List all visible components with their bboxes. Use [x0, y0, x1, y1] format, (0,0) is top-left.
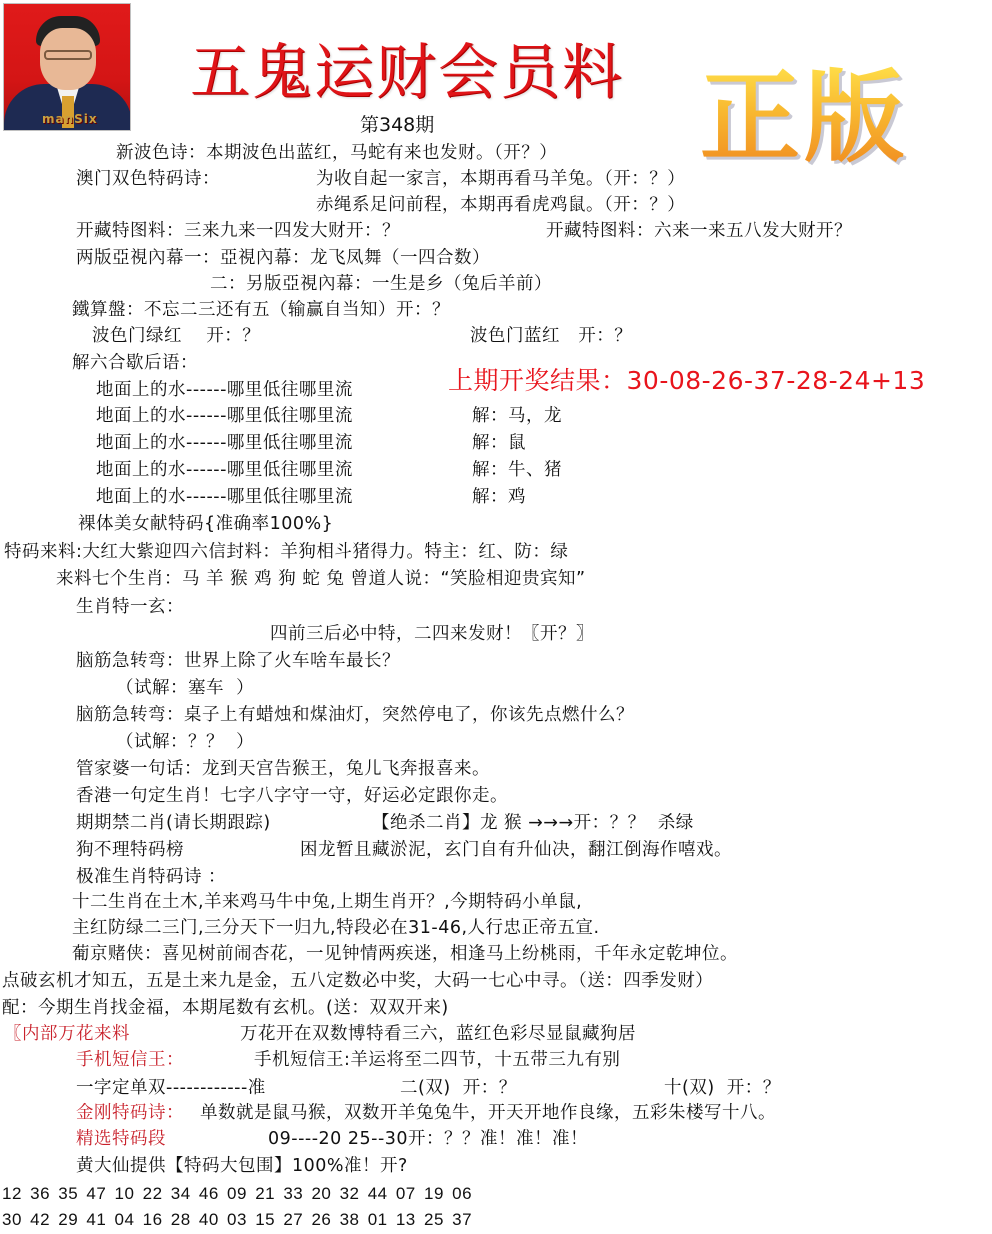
accurate-poem-line2: 主红防绿二三门,三分天下一归九,特段必在31-46,人行忠正帝五宣. — [72, 916, 600, 940]
hidden-chart-right: 开藏特图料：六来一来五八发大财开？ — [546, 219, 852, 243]
portrait-photo: manSix — [3, 3, 131, 131]
last-draw-result: 上期开奖结果：30-08-26-37-28-24+13 — [448, 366, 925, 396]
pairing-line: 配：今期生肖找金福，本期尾数有玄机。(送：双双开来) — [2, 996, 449, 1020]
iron-abacus: 鐵算盤：不忘二三还有五（输赢自当知）开：？ — [72, 298, 450, 322]
wave-gate-green-red: 波色门绿红 开：？ — [92, 324, 260, 348]
brain-teaser-one: 脑筋急转弯：世界上除了火车啥车最长？ — [76, 649, 400, 673]
brain-teaser-two: 脑筋急转弯：桌子上有蜡烛和煤油灯，突然停电了，你该先点燃什么？ — [76, 703, 634, 727]
last-draw-numbers: 30-08-26-37-28-24+13 — [627, 366, 926, 395]
riddle-answer: 解：鸡 — [472, 485, 526, 509]
odd-even-label: 一字定单双------------准 — [76, 1076, 266, 1100]
wave-gate-blue-red: 波色门蓝红 开：？ — [470, 324, 632, 348]
banned-two-zodiacs: 期期禁二肖(请长期跟踪) — [76, 811, 271, 835]
macau-poem-line1: 为收自起一家言，本期再看马羊兔。（开：？） — [316, 167, 685, 191]
atv-insider-two: 二：另版亞視內幕：一生是乡（兔后羊前） — [210, 272, 552, 296]
macau-poem-label: 澳门双色特码诗： — [76, 167, 220, 191]
diamond-poem-text: 单数就是鼠马猴，双数开羊兔兔牛，开天开地作良缘，五彩朱楼写十八。 — [200, 1101, 776, 1125]
accuracy-special-code: 裸体美女献特码{准确率100%} — [78, 512, 333, 536]
zodiac-mystery-label: 生肖特一玄： — [76, 595, 184, 619]
internal-flowers-label: 〖内部万花来料 — [4, 1022, 130, 1046]
riddle-question: 地面上的水------哪里低往哪里流 — [96, 431, 353, 455]
casino-knight-poem: 葡京赌侠：喜见树前闹杏花，一见钟情两疾迷，相逢马上纷桃雨，千年永定乾坤位。 — [72, 942, 738, 966]
housekeeper-saying: 管家婆一句话：龙到天宫告猴王，兔儿飞奔报喜来。 — [76, 757, 490, 781]
riddle-answer: 解：鼠 — [472, 431, 526, 455]
riddle-question: 地面上的水------哪里低往哪里流 — [96, 378, 353, 402]
hongkong-zodiac-saying: 香港一句定生肖！七字八字守一守，好运必定跟你走。 — [76, 784, 508, 808]
seven-zodiacs: 来料七个生肖：马 羊 猴 鸡 狗 蛇 兔 曾道人说：“笑脸相迎贵宾知” — [56, 567, 586, 591]
brain-teaser-one-answer: （试解：塞车 ） — [116, 676, 254, 700]
accurate-poem-title: 极准生肖特码诗 ： — [76, 865, 226, 889]
zodiac-mystery-text: 四前三后必中特，二四来发财！〖开？〗 — [270, 622, 594, 646]
riddle-section-title: 解六合歇后语： — [72, 351, 198, 375]
last-draw-label: 上期开奖结果： — [448, 366, 627, 395]
hidden-chart-left: 开藏特图料：三来九来一四发大财开：？ — [76, 219, 400, 243]
issue-number: 第348期 — [360, 113, 434, 137]
odd-even-ten: 十(双) 开：？ — [664, 1076, 781, 1100]
page-title: 五鬼运财会员料 — [190, 38, 624, 108]
internal-flowers-text: 万花开在双数博特看三六，蓝红色彩尽显鼠藏狗居 — [240, 1022, 636, 1046]
accurate-poem-line1: 十二生肖在土木,羊来鸡马牛中兔,上期生肖开？,今期特码小单鼠, — [72, 890, 582, 914]
kill-two-zodiacs: 【绝杀二肖】龙 猴 →→→开：？？ 杀绿 — [372, 811, 694, 835]
riddle-answer: 解：牛、猪 — [472, 458, 562, 482]
diamond-poem-label: 金刚特码诗： — [76, 1101, 184, 1125]
coverage-numbers-row-2: 30 42 29 41 04 16 28 40 03 15 27 26 38 0… — [2, 1208, 472, 1232]
sms-king-text: 手机短信王:羊运将至二四节，十五带三九有别 — [254, 1048, 620, 1072]
authentic-badge: 正版 — [700, 62, 908, 172]
portrait-brand-logo: manSix — [42, 112, 98, 126]
atv-insider-one: 两版亞視內幕一：亞視內幕：龙飞凤舞（一四合数） — [76, 246, 490, 270]
odd-even-two: 二(双) 开：？ — [400, 1076, 517, 1100]
selected-range-label: 精选特码段 — [76, 1127, 166, 1151]
selected-range-text: 09----20 25--30开：？？准！准！准！ — [268, 1127, 588, 1151]
goubuli-board-label: 狗不理特码榜 — [76, 838, 184, 862]
big-coverage-title: 黄大仙提供【特码大包围】100%准！开? — [76, 1154, 408, 1178]
goubuli-board-text: 困龙暂且藏淤泥，玄门自有升仙决，翻江倒海作嘻戏。 — [300, 838, 732, 862]
macau-poem-line2: 赤绳系足问前程，本期再看虎鸡鼠。（开：？） — [316, 193, 685, 217]
brain-teaser-two-answer: （试解：？？ ） — [116, 730, 254, 754]
riddle-question: 地面上的水------哪里低往哪里流 — [96, 404, 353, 428]
riddle-answer: 解：马，龙 — [472, 404, 562, 428]
sms-king-label: 手机短信王： — [76, 1048, 184, 1072]
portrait-glasses — [44, 50, 92, 60]
riddle-question: 地面上的水------哪里低往哪里流 — [96, 458, 353, 482]
riddle-question: 地面上的水------哪里低往哪里流 — [96, 485, 353, 509]
wave-color-poem: 新波色诗：本期波色出蓝红，马蛇有来也发财。（开？） — [116, 141, 557, 165]
special-code-source: 特码来料:大红大紫迎四六信封料：羊狗相斗猪得力。特主：红、防：绿 — [4, 540, 568, 564]
coverage-numbers-row-1: 12 36 35 47 10 22 34 46 09 21 33 20 32 4… — [2, 1182, 472, 1206]
mystery-revealed: 点破玄机才知五，五是土来九是金，五八定数必中奖，大码一七心中寻。（送：四季发财） — [2, 969, 713, 993]
